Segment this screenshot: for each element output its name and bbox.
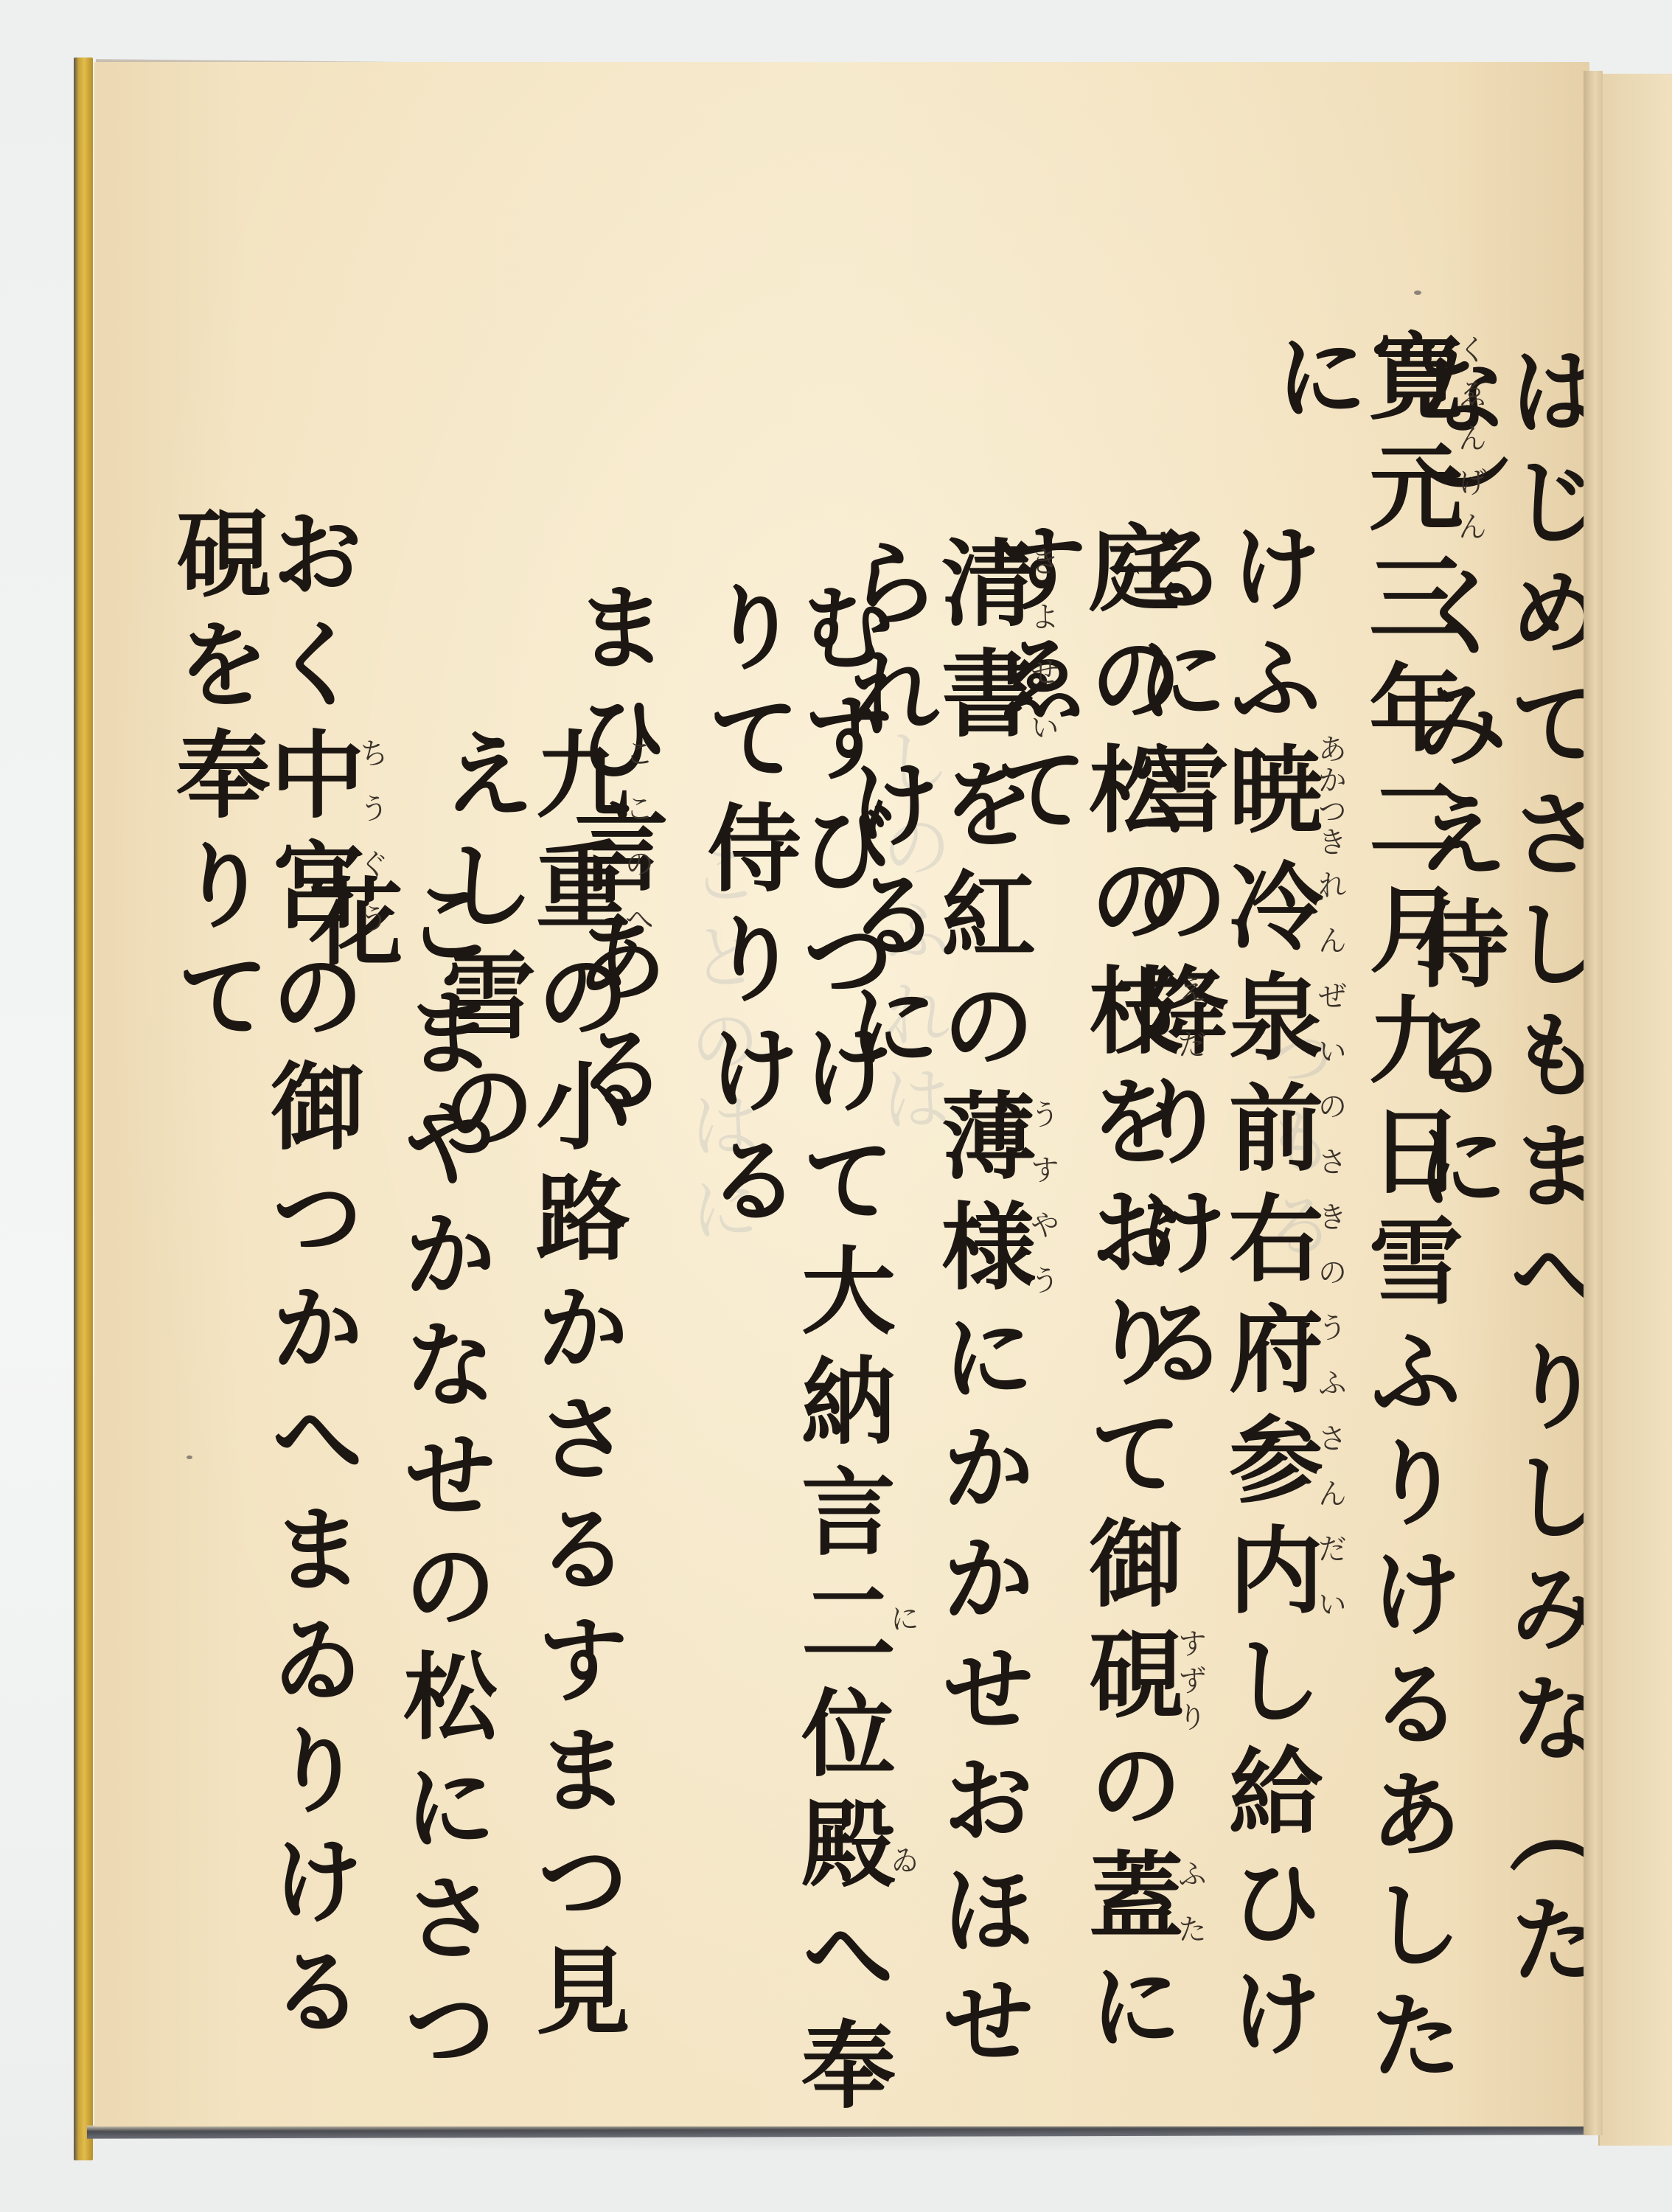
facing-page-edge [1598, 74, 1672, 2146]
gilt-cover-edge [74, 58, 93, 2160]
column-text: 庭の松の [1073, 519, 1183, 961]
ruby-word: 冷泉前右府れんぜいのさきのうふ [1213, 858, 1323, 1411]
column-text: の [1073, 1736, 1183, 1846]
book-gutter [1584, 71, 1603, 2135]
column-text: おく [254, 504, 365, 726]
manuscript-page: しのふれは ことのはに つもる はじめてさしもまへりしみな（たな）くみえ侍るに … [94, 62, 1589, 2126]
ruby-word: 参内さんだい [1213, 1411, 1323, 1632]
text-column-10: おく中ちう宮ぐうの御つかへまゐりける硯を奉りて [168, 504, 386, 2126]
ruby-word: 清きよ [925, 534, 1036, 644]
ruby-word: 薄様うすやう [925, 1087, 1036, 1308]
ruby-word: 蓋ふた [1073, 1846, 1183, 1957]
ruby-word: 書せい [925, 644, 1036, 755]
paper-speck [1414, 291, 1421, 295]
ruby-word: 二位殿にゐ [785, 1573, 896, 1905]
ruby-word: 九重ここのへ [520, 726, 630, 947]
ruby-word: 暁あかつき [1213, 740, 1323, 858]
column-text: けふ [1213, 519, 1323, 740]
column-text: むすびつけて大納言 [785, 578, 896, 1573]
ruby-word: 寛元くゑんげん [1353, 327, 1463, 549]
ruby-word: 枝えだ [1073, 961, 1183, 1072]
text-column-6: むすびつけて大納言二位殿にゐへ奉りて侍りける [699, 578, 917, 2126]
column-text: をおりて御 [1073, 1072, 1183, 1625]
ruby-word: 硯すずり [1073, 1625, 1183, 1736]
column-text: を紅の [925, 755, 1036, 1087]
ruby-word: 宮ぐう [254, 836, 365, 947]
ruby-word: 中ちう [254, 726, 365, 836]
